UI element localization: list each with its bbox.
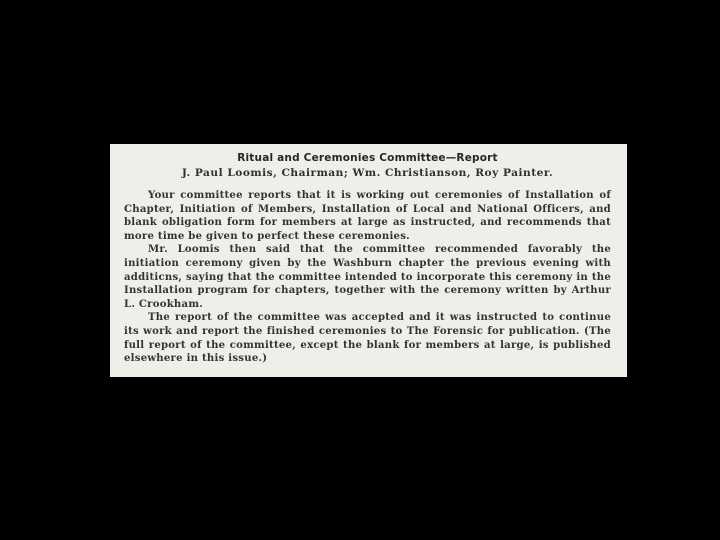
paragraph-acceptance: The report of the committee was accepted… xyxy=(124,311,611,365)
newspaper-clipping: Ritual and Ceremonies Committee—Report J… xyxy=(110,144,627,377)
paragraph-loomis-statement: Mr. Loomis then said that the committee … xyxy=(124,243,611,311)
report-title: Ritual and Ceremonies Committee—Report xyxy=(124,152,611,165)
committee-members: J. Paul Loomis, Chairman; Wm. Christians… xyxy=(124,167,611,180)
paragraph-committee-report: Your committee reports that it is workin… xyxy=(124,189,611,243)
